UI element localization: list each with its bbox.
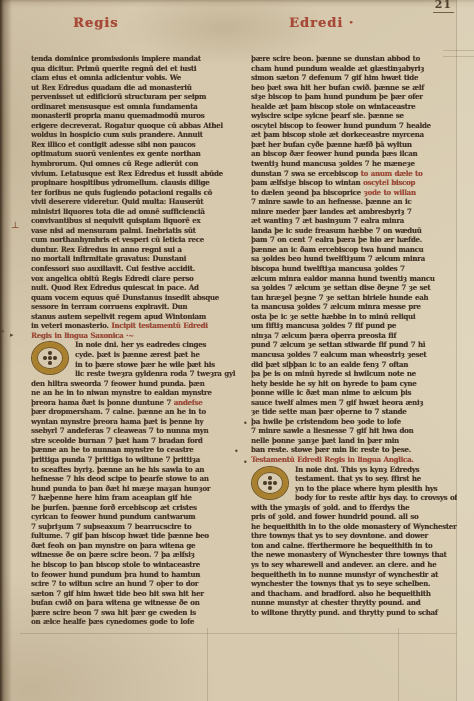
text-line: pund 7 ælcum ȝe settan stiwarde fif pund… — [251, 340, 457, 350]
text-line: nelle þonne ȝanȝe þæt land in þær min — [251, 436, 457, 446]
text-line: testament. that ys to sey. ffirst he — [295, 474, 457, 484]
text-line: þæt her bufan cyðe þænne hæfð þā wyltun — [251, 140, 457, 150]
text-line: 7 hæþenne here him fram aceapian gif hie — [31, 493, 248, 503]
text-line: cham hund pundum wealde æt glæstinȝabyri… — [251, 64, 457, 74]
text-line: vase nisi ad mensuram palmi. Inebriatis … — [31, 226, 248, 236]
gutter-dot-icon: • — [234, 448, 239, 456]
text-line: þænne an he to nunnan mynstre to ceastre — [31, 445, 248, 455]
text-line: ssebyrl 7 andeferas 7 cleaweas 7 to nunn… — [31, 426, 248, 436]
text-line: fultume. 7 gif þan biscop hwæt tide þænn… — [31, 531, 248, 541]
text-line: ciam eius et omnia adicientur vobis. We — [31, 73, 248, 83]
text-line: ne an he in to niwan mynstre to ealdan m… — [31, 388, 248, 398]
text-line: þa hwile þe cristendom beo ȝode to lofe — [251, 417, 457, 427]
text-line: ministri liquores tota die ad omnē suffi… — [31, 207, 248, 217]
text-line: bequeitheth in to nunne munstyr of wynch… — [251, 570, 457, 580]
text-line: biscopa hund twelftiȝa mancusa ȝoldes 7 — [251, 264, 457, 274]
text-line: yn to the place where hym plesith hys — [295, 484, 457, 494]
text-line: scire 7 to wiltun scire an hund 7 oþer t… — [31, 579, 248, 589]
text-line: woldus in hospicio cum suis prandere. An… — [31, 130, 248, 140]
left-text-column: tenda dominice promissionis implere mand… — [31, 54, 248, 632]
text-line: ælcum minra ealdor manna hund twentiȝ ma… — [251, 274, 457, 284]
text-line: hund punda to þan ðæt hi mæȝe maȝan hunȝ… — [31, 484, 248, 494]
text-line: qua dicitur. Primū querite regnū dei et … — [31, 64, 248, 74]
text-line: he biscop to þan biscop stole to wintace… — [31, 560, 248, 570]
text-line: ðæt feoh on þan mynstre on þara witena g… — [31, 541, 248, 551]
text-line: nunne munstyr at chester thrytty pound. … — [251, 598, 457, 608]
text-line: um fiftiȝ mancusa ȝoldes 7 fif pund pe — [251, 321, 457, 331]
text-line: oscytel biscop to feower hund pundum 7 h… — [251, 121, 457, 131]
text-line: þær dropmersham. 7 calne. þænne an he in… — [31, 407, 248, 417]
text-line: sa ȝoldes 7 ælcum ȝe settan dise ðeȝne 7… — [251, 283, 457, 293]
text-line: did þæt siþþan ic to an ealde fenȝ 7 oft… — [251, 360, 457, 370]
text-line: with the ymaȝis of ȝold. and to fferdys … — [251, 503, 457, 513]
text-line: In noie dni. her ys eadredes cinges — [75, 340, 248, 350]
text-line: pris of ȝold. and fower hundrid pound. a… — [251, 512, 457, 522]
text-line: confessori suo auxiliavit. Cui festive a… — [31, 264, 248, 274]
text-line: convivantibus si nequivit quispiam liquo… — [31, 216, 248, 226]
text-line: quam vocem equus quē Dunstanus insedit a… — [31, 293, 248, 303]
text-line: lic reste tweȝra gyldenra roda 7 tweȝra … — [75, 369, 248, 379]
text-line: pervenisset ut edificiorū structuram per… — [31, 92, 248, 102]
text-line: Regis in lingua Saxonica ·~ — [31, 331, 248, 341]
text-line: tenda dominice promissionis implere mand… — [31, 54, 248, 64]
text-line: sæton 7 gif him hwæt tide beo hit swa hi… — [31, 589, 248, 599]
text-line: sa ȝoldes beo hund twelftiȝum 7 ælcum mi… — [251, 254, 457, 264]
text-line: healde æt þam biscop stole on wintaceast… — [251, 102, 457, 112]
folio-number: 21 — [433, 0, 454, 13]
text-line: 7 minre sawle to an hefnesse. þænne an i… — [251, 197, 457, 207]
saxon-testament-text: In noie dni. her ys eadredes cingescyde.… — [31, 340, 248, 626]
text-line: the newe monastery of Wynchester thre to… — [251, 550, 457, 560]
text-line: ordinaret mensusque est omnia fundamenta — [31, 102, 248, 112]
text-line: minre meder þær landes æt ambresbyriȝ 7 — [251, 207, 457, 217]
text-line: cum northanhymbris et vesperi cū leticia… — [31, 235, 248, 245]
text-line: wylscire scipe sylcne þearf sie. þænne s… — [251, 111, 457, 121]
decorated-initial-icon — [252, 467, 288, 499]
text-line: Rex illico et contigit adesse sibi non p… — [31, 140, 248, 150]
text-line: þrittiga punda 7 þrittiga to wiltune 7 þ… — [31, 455, 248, 465]
text-line: no mortali infirmitate gravatus: Dunstan… — [31, 254, 248, 264]
manuscript-page: 21 Regis Edredi · tenda dominice promiss… — [0, 0, 474, 701]
paraph-mark-icon: ⊥ — [11, 222, 19, 231]
text-line: hety beside he sy hit on hyrede to þam c… — [251, 379, 457, 389]
english-testament-block: In noie dni. This ys kynȝ Edredystestame… — [251, 465, 457, 618]
text-line: on ælce healfe þæs cynedomes gode to lof… — [31, 617, 248, 627]
text-line: mancusa ȝoldes 7 ealcum man wheostriȝ ȝe… — [251, 350, 457, 360]
pointer-mark-icon: ▸ — [10, 332, 14, 339]
text-line: beo þæt swa hit her bufan cwið. þænne se… — [251, 83, 457, 93]
text-line: to dælen ȝeond þa biscoprice ȝode to wil… — [251, 188, 457, 198]
text-line: cyrican to feower hund pundum cantwarum — [31, 512, 248, 522]
text-line: to feower hund pundum þra hund to hamtun — [31, 570, 248, 580]
running-header-edredi: Edredi · — [289, 16, 354, 31]
pointer-mark-icon: ▸ — [1, 328, 5, 335]
text-line: erigere decreverat. Rogatur quoque cū ab… — [31, 121, 248, 131]
gutter-dot-icon: • — [243, 420, 248, 428]
text-line: stre sceolde burnan 7 þæt ham 7 bradan f… — [31, 436, 248, 446]
text-line: ta mancusa ȝoldes 7 ælcum minra messe pr… — [251, 302, 457, 312]
text-line: 7 suþriȝum 7 suþseaxum 7 bearrucscire to — [31, 522, 248, 532]
binding-edge — [0, 0, 12, 701]
ruling-line-header-1 — [443, 50, 474, 51]
text-line: ninȝa 7 ælcum þæra oþerra preosta fif — [251, 331, 457, 341]
text-line: vivii deserere videretur. Quid multa: Ha… — [31, 197, 248, 207]
gutter-dot-icon: • — [243, 459, 248, 467]
text-line: sessore in terram corruens expiravit. Du… — [31, 302, 248, 312]
text-line: nuit. Quod Rex Edredus quiescat in pace.… — [31, 283, 248, 293]
text-line: æt þam biscop stole æt dorkeceastre myrc… — [251, 130, 457, 140]
text-line: simon sæton 7 defenum 7 gif him hwæt tid… — [251, 73, 457, 83]
text-line: osta þe ic ȝe sette hæbbe in to minū rel… — [251, 312, 457, 322]
text-line: thre townys that ys to sey dovntone. and… — [251, 531, 457, 541]
ruling-line-vertical-gutter — [207, 628, 208, 701]
text-line: in to þære stowe þær he wile þæt his — [75, 360, 248, 370]
text-line: vivium. Letatusque est Rex Edredus et iu… — [31, 169, 248, 179]
text-line: to wiltone thrytty pund. and thrytty pun… — [251, 608, 457, 618]
text-line: in veteri monasterio. Incipit testamentū… — [31, 321, 248, 331]
running-header-regis: Regis — [73, 16, 118, 31]
saxon-testament-block: In noie dni. her ys eadredes cingescyde.… — [31, 340, 248, 626]
ruling-line-horizontal-bottom — [20, 633, 457, 634]
text-line: be þurfen. þænne forð ercebiscop æt cris… — [31, 503, 248, 513]
text-line: ter foribus ne quis fugiendo potacioni r… — [31, 188, 248, 198]
text-line: duntur. Rex Edredus in anno regni sui a — [31, 245, 248, 255]
text-line: ton and calne. fferthermore he bequeithi… — [251, 541, 457, 551]
text-line: þreora hama ðæt is þonne duntune 7 andef… — [31, 398, 248, 408]
text-line: 7 minre sawle a liesnesse 7 gif hit hwa … — [251, 426, 457, 436]
text-line: propinare hospitibus ydromellum. clausis… — [31, 178, 248, 188]
text-line: In noie dni. This ys kynȝ Edredys — [295, 465, 457, 475]
text-line: monasterii propria manu quemadmodū muros — [31, 111, 248, 121]
text-line: vox angelica obitū Regis Edredi clare pe… — [31, 274, 248, 284]
text-line: Testamentū Edredi Regis in lingua Anglic… — [251, 455, 457, 465]
text-line: dunstan 7 swa se ercebiscop to anum dæle… — [251, 169, 457, 179]
text-line: to sceaftes byriȝ. þænne an he his sawla… — [31, 465, 248, 475]
text-line: ban reste. stowe þær min lic reste to þe… — [251, 445, 457, 455]
text-line: and thacham. and bradford. also he beque… — [251, 589, 457, 599]
text-line: cyde. þæt is þænne ærest þæt he — [75, 350, 248, 360]
text-line: landa þe ic sude freasum hæbbe 7 on wædu… — [251, 226, 457, 236]
text-line: an biscop ðær feower hund punda þæs ilca… — [251, 149, 457, 159]
text-line: þa þe is on minū hyrede si hwilcum note … — [251, 369, 457, 379]
text-line: þonne wille ic ðæt man nime to ælcum þis — [251, 388, 457, 398]
text-line: hymbrorum. Qui omnes cū Rege adierūt con — [31, 159, 248, 169]
text-line: þære scire beon 7 swa hit þær ge cweden … — [31, 608, 248, 618]
text-line: þænne an ic ðam ercebiscop twa hund manc… — [251, 245, 457, 255]
text-line: þære scire beon. þænne se dunstan abbod … — [251, 54, 457, 64]
text-line: wyntan mynstre þreora hama þæt is þenne … — [31, 417, 248, 427]
text-line: optimatum suorū venientes ex gente north… — [31, 149, 248, 159]
text-line: ȝe tide sette man þær oþerne to 7 stande — [251, 407, 457, 417]
text-line: tan hræȝel þeȝne 7 ȝe settan biriele hun… — [251, 293, 457, 303]
text-line: þam ælfsiȝe biscop to wintan oscytel bis… — [251, 178, 457, 188]
text-line: þam 7 on cent 7 ealra þæra þe hio ær hæf… — [251, 235, 457, 245]
text-line: den hiltra sweorda 7 feower hund punda. … — [31, 379, 248, 389]
latin-chronicle-text: tenda dominice promissionis implere mand… — [31, 54, 248, 340]
outer-margin — [457, 0, 474, 701]
ruling-line-vertical-inner — [398, 628, 399, 701]
right-text-column: þære scire beon. þænne se dunstan abbod … — [251, 54, 457, 632]
text-line: twentiȝ hund mancusa ȝoldes 7 he mæneȝe — [251, 159, 457, 169]
text-line: wynchester the townys that ys to seye sc… — [251, 579, 457, 589]
text-line: witnesse ðe on þære scire beon. 7 þa ælf… — [31, 550, 248, 560]
text-line: hefnesse 7 his deod scipe to þearfe stow… — [31, 474, 248, 484]
text-line: ys to sey wharewell and andever. an cler… — [251, 560, 457, 570]
text-line: body for to reste aftir hys day. to crov… — [295, 493, 457, 503]
text-line: ut Rex Edredus quadam die ad monasteriū — [31, 83, 248, 93]
text-line: bufan cwið on þara witena ge witnesse ðe… — [31, 598, 248, 608]
text-line: stanus autem sepelivit regem apud Winton… — [31, 312, 248, 322]
text-line: æt wantinȝ 7 æt basinȝum 7 ealra minra — [251, 216, 457, 226]
text-line: siȝe biscop to þam hund pundum þe þær of… — [251, 92, 457, 102]
saxon-testament-continued: þære scire beon. þænne se dunstan abbod … — [251, 54, 457, 465]
text-line: sauce twelf almes men 7 gif hwæt heora æ… — [251, 398, 457, 408]
text-line: he bequeithith in to the olde monastery … — [251, 522, 457, 532]
